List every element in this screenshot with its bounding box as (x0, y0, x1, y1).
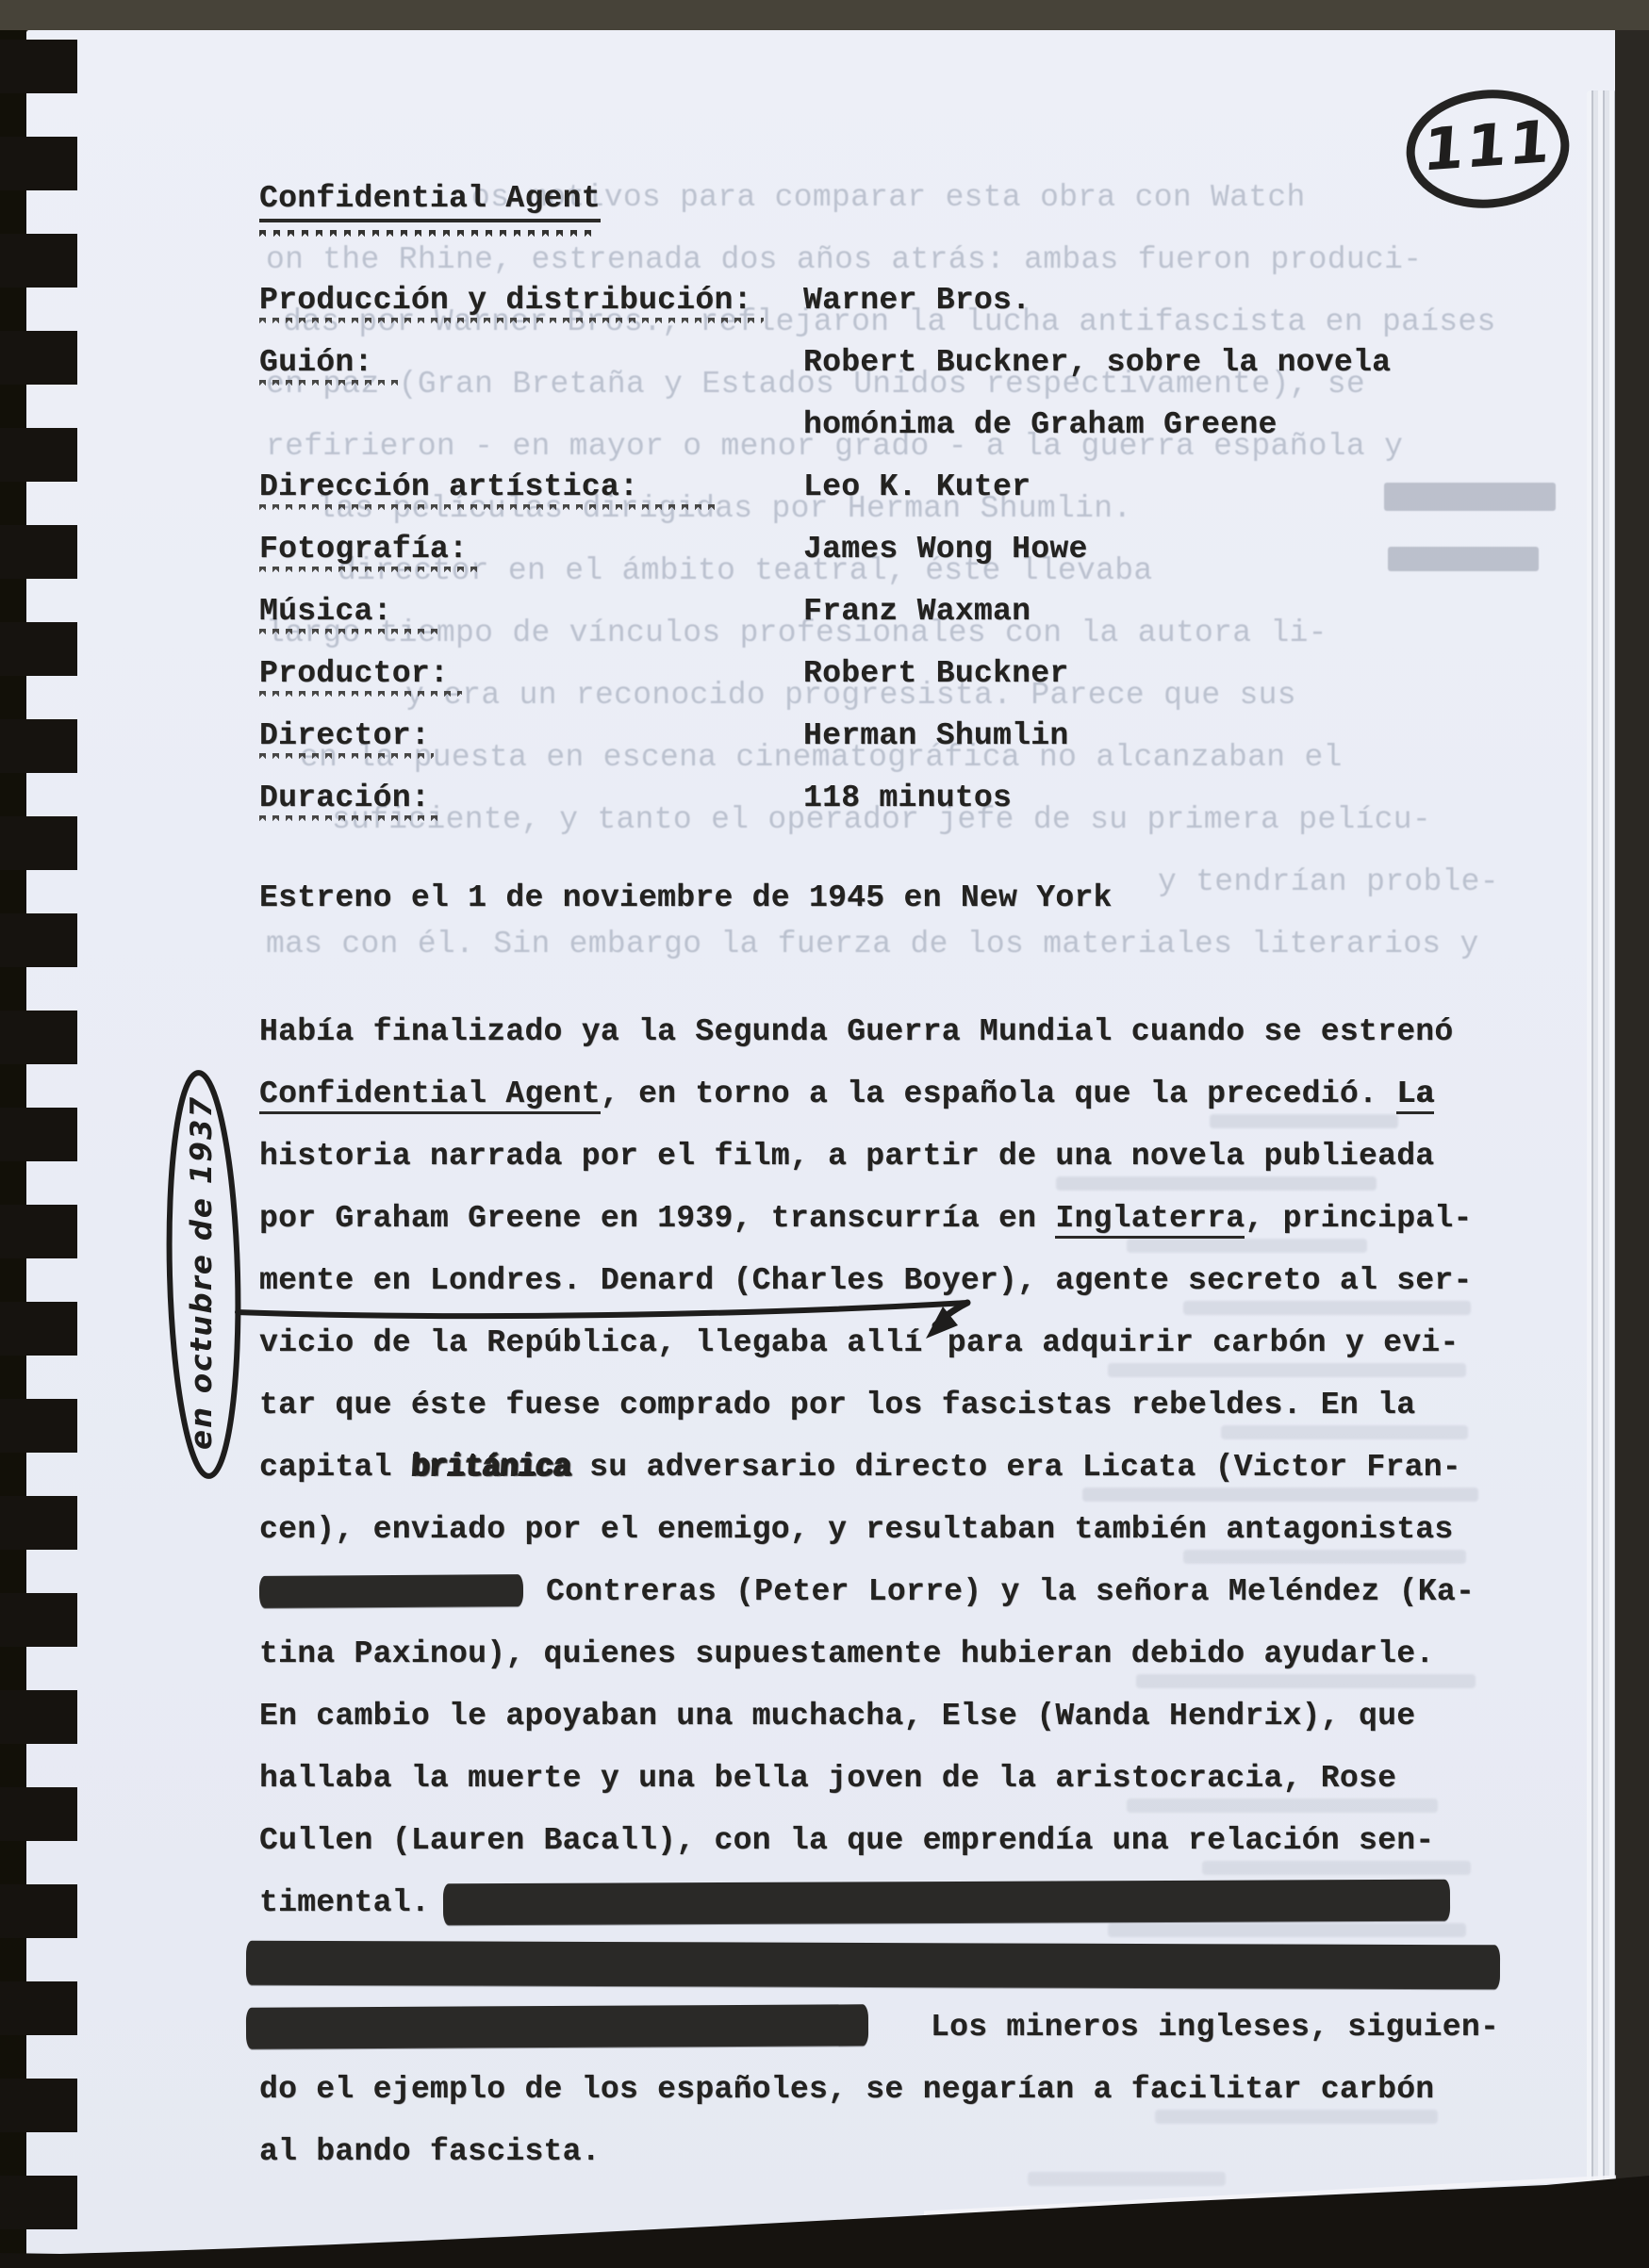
text-line: cen), enviado por el enemigo, y resultab… (259, 1499, 1500, 1561)
text-line: hallaba la muerte y una bella joven de l… (259, 1748, 1500, 1810)
text-line: Cullen (Lauren Bacall), con la que empre… (259, 1810, 1500, 1872)
redaction-bar (443, 1880, 1450, 1926)
ghost-line: y tendrían proble- (1158, 863, 1499, 901)
text-line: tar que éste fuese comprado por los fasc… (259, 1374, 1500, 1437)
text-line: al bando fascista. (259, 2121, 1500, 2183)
credit-label: Producción y distribución: (259, 283, 752, 318)
text-line (259, 1934, 1500, 1997)
handwritten-page-number: 111 (1419, 107, 1557, 185)
film-title: Confidential Agent (259, 181, 601, 222)
text-line: Confidential Agent, en torno a la españo… (259, 1063, 1500, 1126)
scan-background-right (1615, 0, 1649, 2268)
text-line: vicio de la República, llegaba allí para… (259, 1312, 1500, 1374)
scanned-document: { "palette":{"paper":"#e9ecf5","ink":"#2… (0, 0, 1649, 2268)
redaction-bar (246, 2005, 868, 2049)
corrected-word: La (1396, 1076, 1434, 1114)
text-line: timental. (259, 1872, 1500, 1934)
text-line: tina Paxinou), quienes supuestamente hub… (259, 1623, 1500, 1685)
credit-row: Productor: Robert Buckner (259, 643, 752, 705)
text-segment: vicio de la República, llegaba allí (259, 1325, 942, 1360)
text-line: Había finalizado ya la Segunda Guerra Mu… (259, 1001, 1500, 1063)
underlined-word: Inglaterra (1055, 1201, 1245, 1239)
credit-row: homónima de Graham Greene (259, 394, 752, 456)
credit-row: Música: Franz Waxman (259, 581, 752, 643)
text-line: capital británica su adversario directo … (259, 1437, 1500, 1499)
text-line: do el ejemplo de los españoles, se negar… (259, 2059, 1500, 2121)
wavy-underline (259, 380, 401, 388)
wavy-underline (259, 691, 462, 699)
film-title-block: Confidential Agent (259, 181, 601, 222)
credit-value: Robert Buckner, sobre la novela (803, 332, 1391, 394)
redaction-bar (246, 1940, 1500, 1989)
wavy-underline (259, 815, 443, 824)
credit-row: Fotografía: James Wong Howe (259, 518, 752, 581)
credit-label: Dirección artística: (259, 469, 638, 504)
premiere-line: Estreno el 1 de noviembre de 1945 en New… (259, 867, 1113, 929)
credit-label: Duración: (259, 781, 430, 815)
wavy-underline (259, 753, 434, 762)
credit-row: Dirección artística: Leo K. Kuter (259, 456, 752, 518)
wavy-underline (259, 567, 481, 575)
credit-value: Robert Buckner (803, 643, 1068, 705)
ghost-redaction-bar (1384, 483, 1556, 511)
text-segment: por Graham Greene en 1939, transcurría e… (259, 1201, 1055, 1236)
redaction-bar (259, 1574, 523, 1608)
wavy-underline (259, 318, 764, 326)
body-text: Había finalizado ya la Segunda Guerra Mu… (259, 1001, 1500, 2183)
ghost-redaction-bar (1388, 547, 1539, 571)
credit-label: Productor: (259, 656, 449, 691)
text-line: historia narrada por el film, a partir d… (259, 1126, 1500, 1188)
text-line: mente en Londres. Denard (Charles Boyer)… (259, 1250, 1500, 1312)
credit-label: Música: (259, 594, 392, 629)
underlined-title-mention: Confidential Agent (259, 1076, 601, 1114)
scan-background-top (0, 0, 1649, 30)
text-line: Los mineros ingleses, siguien- (259, 1997, 1500, 2059)
title-wavy-underline (259, 230, 591, 239)
credit-row: Guión: Robert Buckner, sobre la novela (259, 332, 752, 394)
text-segment: , en torno a la española que la precedió… (601, 1076, 1396, 1111)
credit-label: Fotografía: (259, 532, 468, 567)
text-segment: capital (259, 1450, 411, 1485)
ghost-line: mas con él. Sin embargo la fuerza de los… (266, 926, 1479, 963)
scribbled-word: británica (409, 1437, 572, 1499)
credits-list: Producción y distribución: Warner Bros. … (259, 270, 752, 830)
text-line: por Graham Greene en 1939, transcurría e… (259, 1188, 1500, 1250)
credit-value: Warner Bros. (803, 270, 1031, 332)
credit-value: James Wong Howe (803, 518, 1088, 581)
credit-label: Director: (259, 718, 430, 753)
text-segment: Contreras (Peter Lorre) y la señora Melé… (546, 1574, 1475, 1609)
credit-value: 118 minutos (803, 767, 1012, 830)
text-line: Contreras (Peter Lorre) y la señora Melé… (259, 1561, 1500, 1623)
credit-value: Herman Shumlin (803, 705, 1068, 767)
credit-value: homónima de Graham Greene (803, 394, 1278, 456)
text-segment: su adversario directo era Licata (Victor… (570, 1450, 1461, 1485)
credit-row: Producción y distribución: Warner Bros. (259, 270, 752, 332)
text-segment: timental. (259, 1885, 430, 1920)
credit-row: Director: Herman Shumlin (259, 705, 752, 767)
margin-note-text: en octubre de 1937 (185, 1082, 219, 1463)
page-stack-edge (1587, 90, 1617, 2183)
text-segment: , principal- (1245, 1201, 1472, 1236)
text-segment: para adquirir carbón y evi- (948, 1325, 1459, 1360)
wavy-underline (259, 504, 721, 513)
credit-row: Duración: 118 minutos (259, 767, 752, 830)
credit-label: Guión: (259, 345, 373, 380)
spiral-binding (0, 40, 77, 2245)
text-segment: Los mineros ingleses, siguien- (931, 2010, 1499, 2045)
credit-value: Leo K. Kuter (803, 456, 1031, 518)
text-line: En cambio le apoyaban una muchacha, Else… (259, 1685, 1500, 1748)
wavy-underline (259, 629, 443, 637)
credit-value: Franz Waxman (803, 581, 1031, 643)
